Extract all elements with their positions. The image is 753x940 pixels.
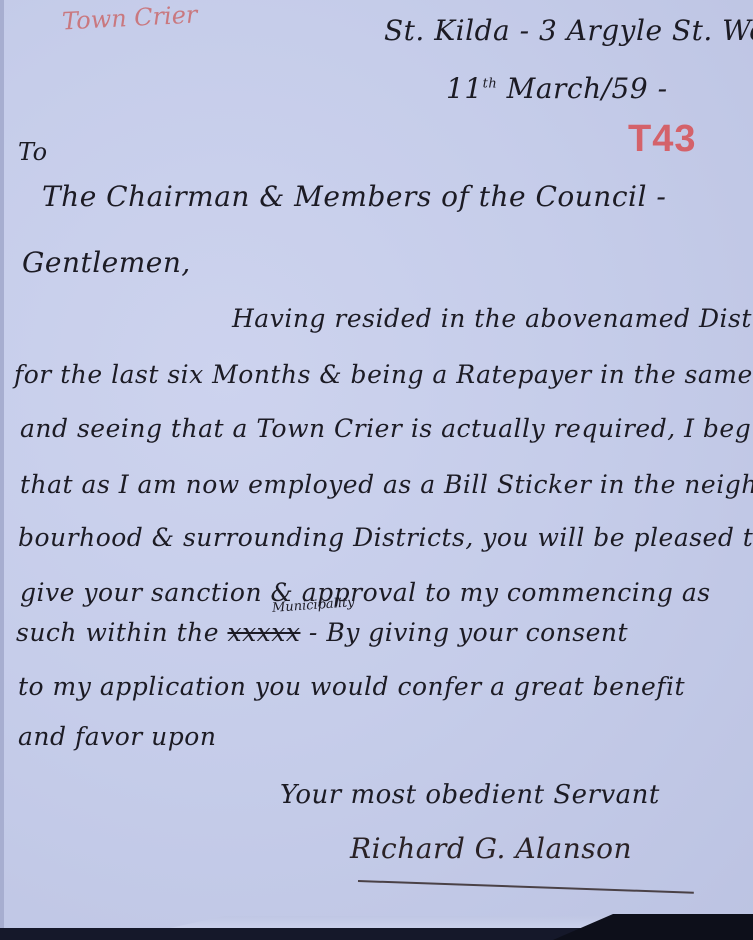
body-line-6: give your sanction & approval to my comm…	[20, 578, 711, 607]
date-month-year: March/59 -	[507, 72, 668, 105]
body-line-8: to my application you would confer a gre…	[18, 672, 685, 701]
signature-underline	[358, 880, 694, 894]
page-edge	[0, 0, 4, 940]
dash: -	[309, 618, 318, 647]
body-line-7: such within the xxxxx - By giving your c…	[16, 618, 628, 647]
body-line-5: bourhood & surrounding Districts, you wi…	[18, 523, 753, 552]
body-line-3: and seeing that a Town Crier is actually…	[20, 414, 751, 443]
reference-number: T43	[628, 118, 696, 161]
date-day: 11	[446, 72, 483, 105]
body-line-1: Having resided in the abovenamed Distric…	[232, 304, 753, 333]
line-7-end: By giving your consent	[326, 618, 628, 647]
date-suffix: th	[483, 77, 498, 92]
struck-word: xxxxx	[227, 618, 300, 647]
valediction: Your most obedient Servant	[280, 780, 660, 810]
line-7-start: such within the	[16, 618, 219, 647]
letter-page: Town Crier St. Kilda - 3 Argyle St. West…	[0, 0, 753, 940]
letter-date: 11th March/59 -	[446, 72, 668, 105]
pencil-annotation: Town Crier	[61, 0, 198, 35]
body-line-4: that as I am now employed as a Bill Stic…	[20, 470, 753, 499]
body-line-9: and favor upon	[18, 722, 216, 751]
body-line-2: for the last six Months & being a Ratepa…	[14, 360, 753, 389]
letter-address: St. Kilda - 3 Argyle St. West	[384, 14, 753, 47]
recipient-line: The Chairman & Members of the Council -	[42, 180, 666, 213]
greeting: Gentlemen,	[22, 246, 191, 279]
to-label: To	[18, 138, 48, 166]
signature: Richard G. Alanson	[350, 832, 632, 865]
